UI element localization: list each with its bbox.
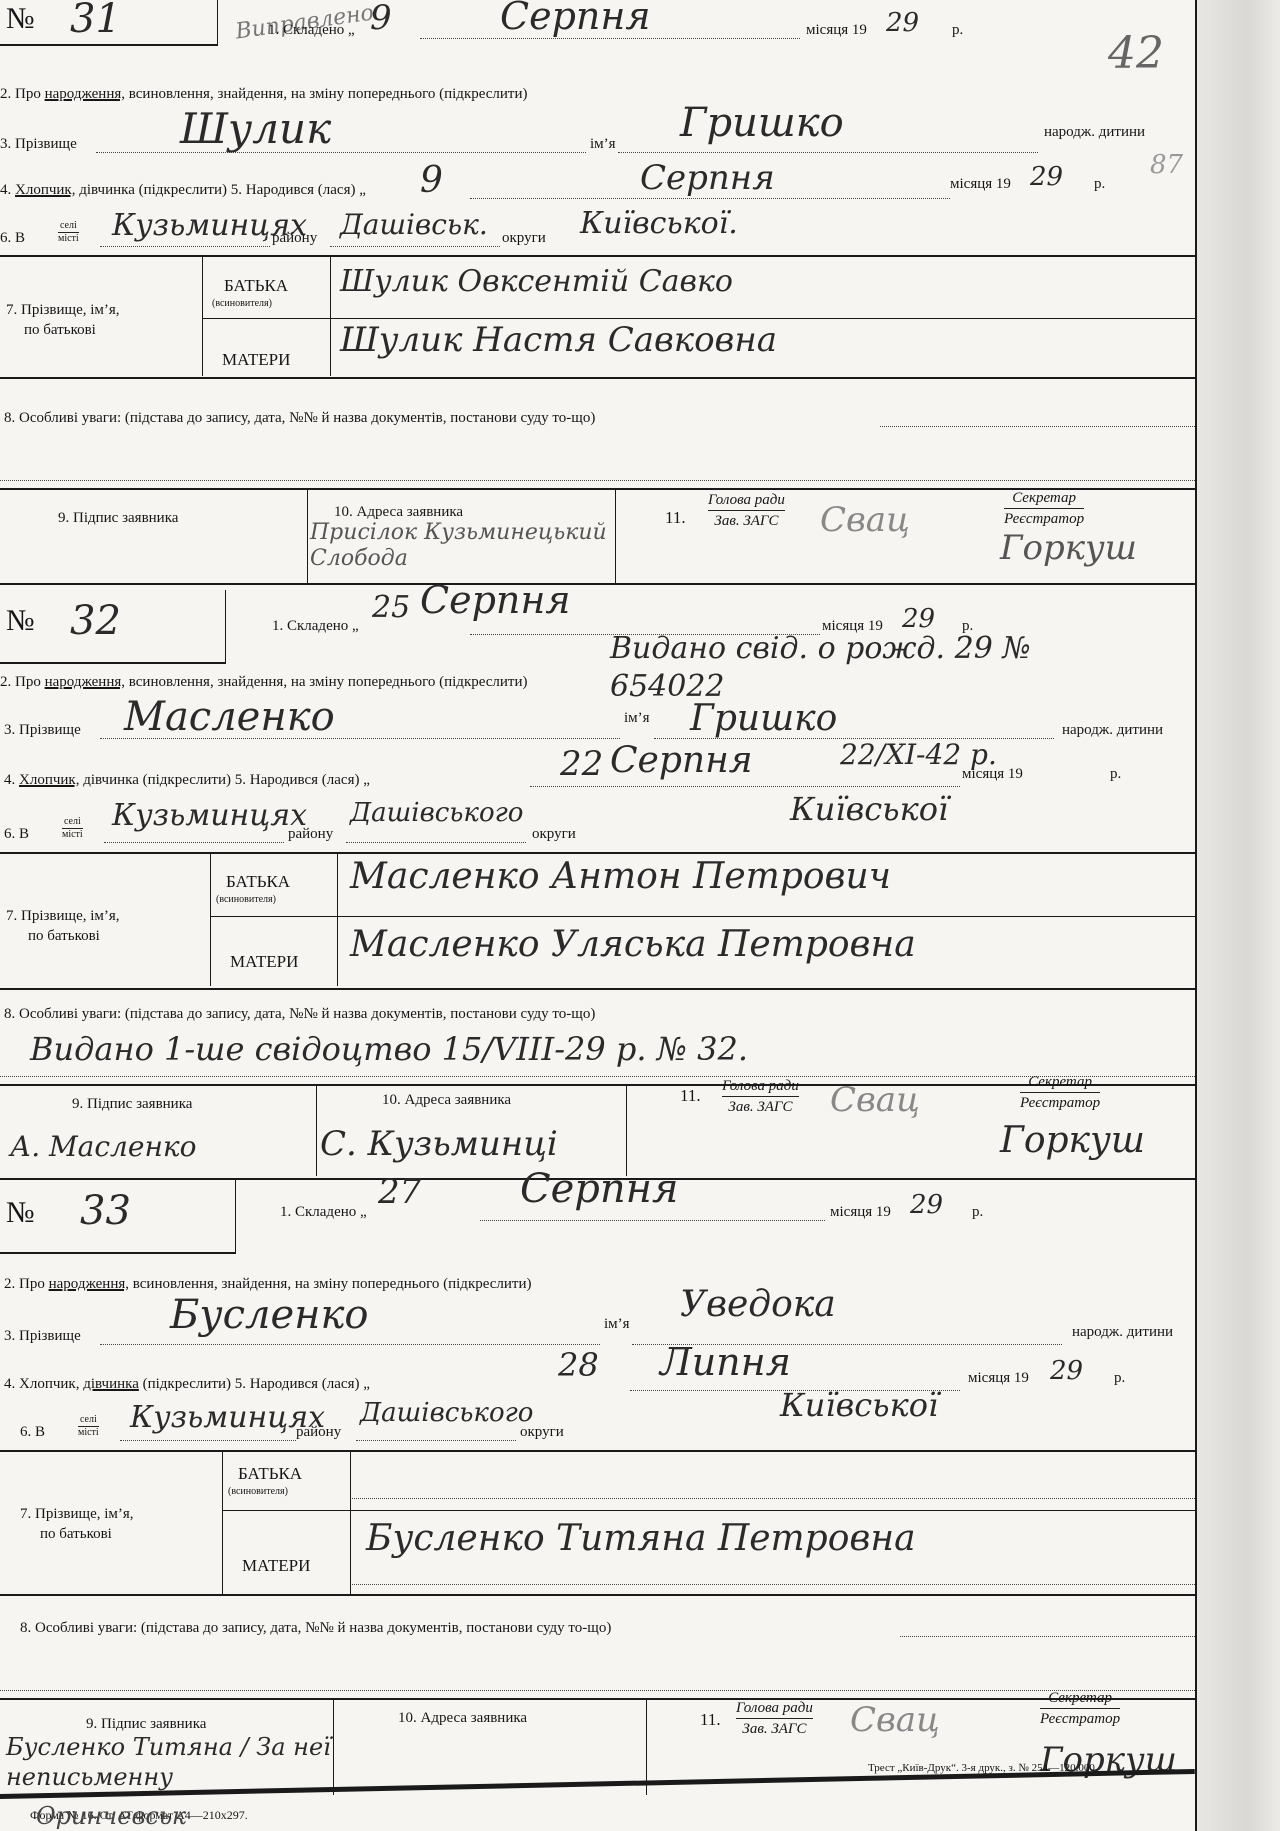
signatures-label: 11. — [665, 508, 686, 528]
year-suffix: р. — [1094, 176, 1105, 193]
head-title: Голова радиЗав. ЗАГС — [722, 1076, 799, 1117]
father-name: Масленко Антон Петрович — [350, 856, 891, 897]
okruha: Київської — [780, 1386, 938, 1424]
surname: Бусленко — [170, 1292, 368, 1338]
year-suffix: р. — [1114, 1370, 1125, 1387]
corner-page-number: 42 — [1108, 28, 1164, 79]
place-label: 6. В — [4, 826, 29, 843]
compiled-day: 25 — [372, 590, 410, 625]
dotline — [470, 198, 950, 199]
parents-label: 7. Прізвище, ім’я, — [20, 1506, 134, 1523]
divider — [0, 377, 1195, 379]
dotline — [96, 152, 586, 153]
dotline — [346, 842, 526, 843]
surname: Масленко — [124, 694, 335, 740]
applicant-signature-label: 9. Підпис заявника — [72, 1096, 192, 1113]
divider — [0, 1084, 1195, 1086]
born-year: 29 — [1030, 162, 1063, 192]
divider — [202, 256, 203, 376]
dotline — [100, 1344, 600, 1345]
born-year-label: місяця 19 — [950, 176, 1011, 193]
surname-label: 3. Прізвище — [0, 136, 77, 153]
child-label: народж. дитини — [1072, 1324, 1173, 1341]
record-number-box: № 33 — [0, 1180, 236, 1254]
head-signature: Свац — [830, 1080, 920, 1120]
mother-label: МАТЕРИ — [230, 952, 298, 972]
applicant-address-label: 10. Адреса заявника — [398, 1710, 527, 1727]
parents-label: 7. Прізвище, ім’я, — [6, 908, 120, 925]
dotline — [352, 1498, 1195, 1499]
bottom-annotation: Оринчевськ — [36, 1802, 186, 1830]
field-compiled-label: 1. Складено „ — [272, 618, 359, 635]
father-sublabel: (всиновителя) — [216, 894, 276, 905]
father-label: БАТЬКА — [224, 276, 288, 296]
reissue-annotation: Видано свід. о рожд. 29 № 654022 — [610, 630, 1150, 706]
dotline — [120, 1440, 296, 1441]
okruha-label: округи — [532, 826, 576, 843]
mother-label: МАТЕРИ — [242, 1556, 310, 1576]
applicant-signature-label: 9. Підпис заявника — [86, 1716, 206, 1733]
village: Кузьминцях — [112, 798, 307, 833]
surname-label: 3. Прізвище — [4, 1328, 81, 1345]
register-page: № 31 Виправлено 1. Складено „ 9 Серпня м… — [0, 0, 1197, 1831]
page-edge — [1197, 0, 1280, 1831]
secretary-signature: Горкуш — [1000, 1120, 1145, 1161]
mother-label: МАТЕРИ — [222, 350, 290, 370]
sex-label: 4. Хлопчик, дівчинка (підкреслити) 5. На… — [0, 182, 366, 199]
secretary-title: СекретарРеєстратор — [1004, 488, 1084, 529]
applicant-signature-label: 9. Підпис заявника — [58, 510, 178, 527]
dotline — [0, 1690, 1195, 1691]
divider — [615, 490, 616, 585]
margin-number: 87 — [1150, 150, 1183, 180]
divider — [0, 1698, 1195, 1700]
mother-name: Бусленко Титяна Петровна — [366, 1518, 916, 1559]
child-label: народж. дитини — [1044, 124, 1145, 141]
applicant-address-label: 10. Адреса заявника — [382, 1092, 511, 1109]
dotline — [0, 480, 1195, 481]
parents-label-2: по батькові — [28, 928, 100, 945]
notes: Видано 1-ше свідоцтво 15/VIII-29 р. № 32… — [30, 1030, 748, 1068]
sex-label: 4. Хлопчик, дівчинка (підкреслити) 5. На… — [4, 772, 370, 789]
divider — [0, 583, 1195, 585]
father-name: Шулик Овксентій Савко — [340, 264, 733, 299]
okruha: Київської. — [580, 206, 738, 241]
applicant-signature: Бусленко Титяна / За неї неписьменну — [6, 1732, 386, 1792]
compiled-month: Серпня — [500, 0, 651, 38]
compiled-year-label: місяця 19 — [830, 1204, 891, 1221]
given-name-label: ім’я — [624, 710, 650, 727]
father-label: БАТЬКА — [226, 872, 290, 892]
given-name-label: ім’я — [604, 1316, 630, 1333]
dotline — [100, 246, 270, 247]
divider — [0, 1450, 1195, 1452]
divider — [202, 318, 1195, 319]
event-type-label: 2. Про народження, всиновлення, знайденн… — [0, 86, 528, 103]
parents-label-2: по батькові — [24, 322, 96, 339]
child-label: народж. дитини — [1062, 722, 1163, 739]
okruha-label: округи — [502, 230, 546, 247]
born-day: 9 — [420, 160, 443, 201]
divider — [626, 1086, 627, 1176]
okruha-label: округи — [520, 1424, 564, 1441]
signatures-label: 11. — [700, 1710, 721, 1730]
applicant-signature: А. Масленко — [10, 1130, 196, 1163]
surname-label: 3. Прізвище — [4, 722, 81, 739]
rayon-label: району — [288, 826, 333, 843]
compiled-day: 27 — [378, 1172, 421, 1212]
sex-label: 4. Хлопчик, дівчинка (підкреслити) 5. На… — [4, 1376, 370, 1393]
field-compiled-label: 1. Складено „ — [268, 22, 355, 39]
printer-imprint: Трест „Київ-Друк“. 3-я друк., з. № 254—1… — [868, 1762, 1098, 1774]
record-number: 32 — [70, 598, 121, 644]
dotline — [530, 786, 960, 787]
father-sublabel: (всиновителя) — [228, 1486, 288, 1497]
compiled-month: Серпня — [520, 1166, 678, 1212]
divider — [210, 854, 211, 986]
born-month: Серпня — [640, 158, 775, 198]
compiled-day: 9 — [370, 0, 392, 38]
compiled-month: Серпня — [420, 578, 571, 622]
event-type-label: 2. Про народження, всиновлення, знайденн… — [0, 674, 528, 691]
divider — [330, 256, 331, 376]
father-sublabel: (всиновителя) — [212, 298, 272, 309]
notes-label: 8. Особливі уваги: (підстава до запису, … — [20, 1620, 611, 1637]
born-year-label: місяця 19 — [968, 1370, 1029, 1387]
number-sign: № — [6, 604, 35, 638]
mother-name: Масленко Уляська Петровна — [350, 924, 916, 965]
father-label: БАТЬКА — [238, 1464, 302, 1484]
village-city-fraction: селімісті — [58, 220, 79, 245]
notes-label: 8. Особливі уваги: (підстава до запису, … — [4, 410, 595, 427]
event-type-label: 2. Про народження, всиновлення, знайденн… — [4, 1276, 532, 1293]
number-sign: № — [6, 2, 35, 36]
born-day: 22 — [560, 744, 603, 784]
head-signature: Свац — [820, 500, 910, 540]
record-33: № 33 1. Складено „ 27 Серпня місяця 19 2… — [0, 1180, 1195, 1831]
year-suffix: р. — [972, 1204, 983, 1221]
place-label: 6. В — [0, 230, 25, 247]
dotline — [420, 38, 800, 39]
divider — [0, 988, 1195, 990]
born-month: Липня — [660, 1340, 791, 1384]
dotline — [104, 842, 284, 843]
okruha: Київської — [790, 790, 948, 828]
given-name: Гришко — [690, 698, 837, 739]
divider — [307, 490, 308, 585]
head-title: Голова радиЗав. ЗАГС — [736, 1698, 813, 1739]
secretary-title: СекретарРеєстратор — [1040, 1688, 1120, 1729]
divider — [222, 1452, 223, 1594]
parents-label-2: по батькові — [40, 1526, 112, 1543]
record-32: № 32 1. Складено „ 25 Серпня місяця 19 2… — [0, 590, 1195, 1180]
dotline — [0, 1076, 1195, 1077]
village-city-fraction: селімісті — [62, 816, 83, 841]
record-number-box: № 31 — [0, 0, 218, 46]
born-year: 29 — [1050, 1356, 1083, 1386]
dotline — [618, 152, 1038, 153]
rayon: Дашівського — [360, 1398, 533, 1428]
secretary-title: СекретарРеєстратор — [1020, 1072, 1100, 1113]
village-city-fraction: селімісті — [78, 1414, 99, 1439]
surname: Шулик — [180, 104, 331, 153]
mother-name: Шулик Настя Савковна — [340, 320, 777, 360]
divider — [0, 852, 1195, 854]
divider — [333, 1700, 334, 1795]
dotline — [352, 1584, 1195, 1585]
divider — [350, 1452, 351, 1594]
rayon: Дашівського — [350, 798, 523, 828]
born-year-label: місяця 19 — [962, 766, 1023, 783]
head-title: Голова радиЗав. ЗАГС — [708, 490, 785, 531]
dotline — [356, 1440, 516, 1441]
rayon-label: району — [296, 1424, 341, 1441]
year-suffix: р. — [1110, 766, 1121, 783]
number-sign: № — [6, 1196, 35, 1230]
given-name: Гришко — [680, 100, 844, 146]
divider — [337, 854, 338, 986]
given-name: Уведока — [680, 1284, 836, 1325]
parents-label: 7. Прізвище, ім’я, — [6, 302, 120, 319]
secretary-signature: Горкуш — [1000, 528, 1137, 568]
rayon: Дашівськ. — [340, 208, 488, 241]
divider — [222, 1510, 1195, 1511]
year-suffix: р. — [952, 22, 963, 39]
divider — [0, 255, 1195, 257]
compiled-year: 29 — [886, 8, 919, 38]
field-compiled-label: 1. Складено „ — [280, 1204, 367, 1221]
record-number: 33 — [80, 1188, 131, 1234]
dotline — [900, 1636, 1195, 1637]
compiled-year-label: місяця 19 — [806, 22, 867, 39]
record-number: 31 — [70, 0, 121, 42]
applicant-address-label: 10. Адреса заявника — [334, 504, 463, 521]
head-signature: Свац — [850, 1700, 940, 1740]
given-name-label: ім’я — [590, 136, 616, 153]
place-label: 6. В — [20, 1424, 45, 1441]
record-number-box: № 32 — [0, 590, 226, 664]
notes-label: 8. Особливі уваги: (підстава до запису, … — [4, 1006, 595, 1023]
born-day: 28 — [558, 1346, 599, 1384]
dotline — [480, 1220, 825, 1221]
divider — [316, 1086, 317, 1176]
divider — [0, 1594, 1195, 1596]
dotline — [880, 426, 1195, 427]
divider — [210, 916, 1195, 917]
record-31: № 31 Виправлено 1. Складено „ 9 Серпня м… — [0, 0, 1195, 585]
compiled-year: 29 — [910, 1190, 943, 1220]
applicant-address: С. Кузьминці — [320, 1124, 558, 1164]
dotline — [330, 246, 500, 247]
born-month: Серпня — [610, 740, 753, 781]
signatures-label: 11. — [680, 1086, 701, 1106]
applicant-address: Присілок Кузьминецький Слобода — [310, 520, 610, 572]
rayon-label: району — [272, 230, 317, 247]
